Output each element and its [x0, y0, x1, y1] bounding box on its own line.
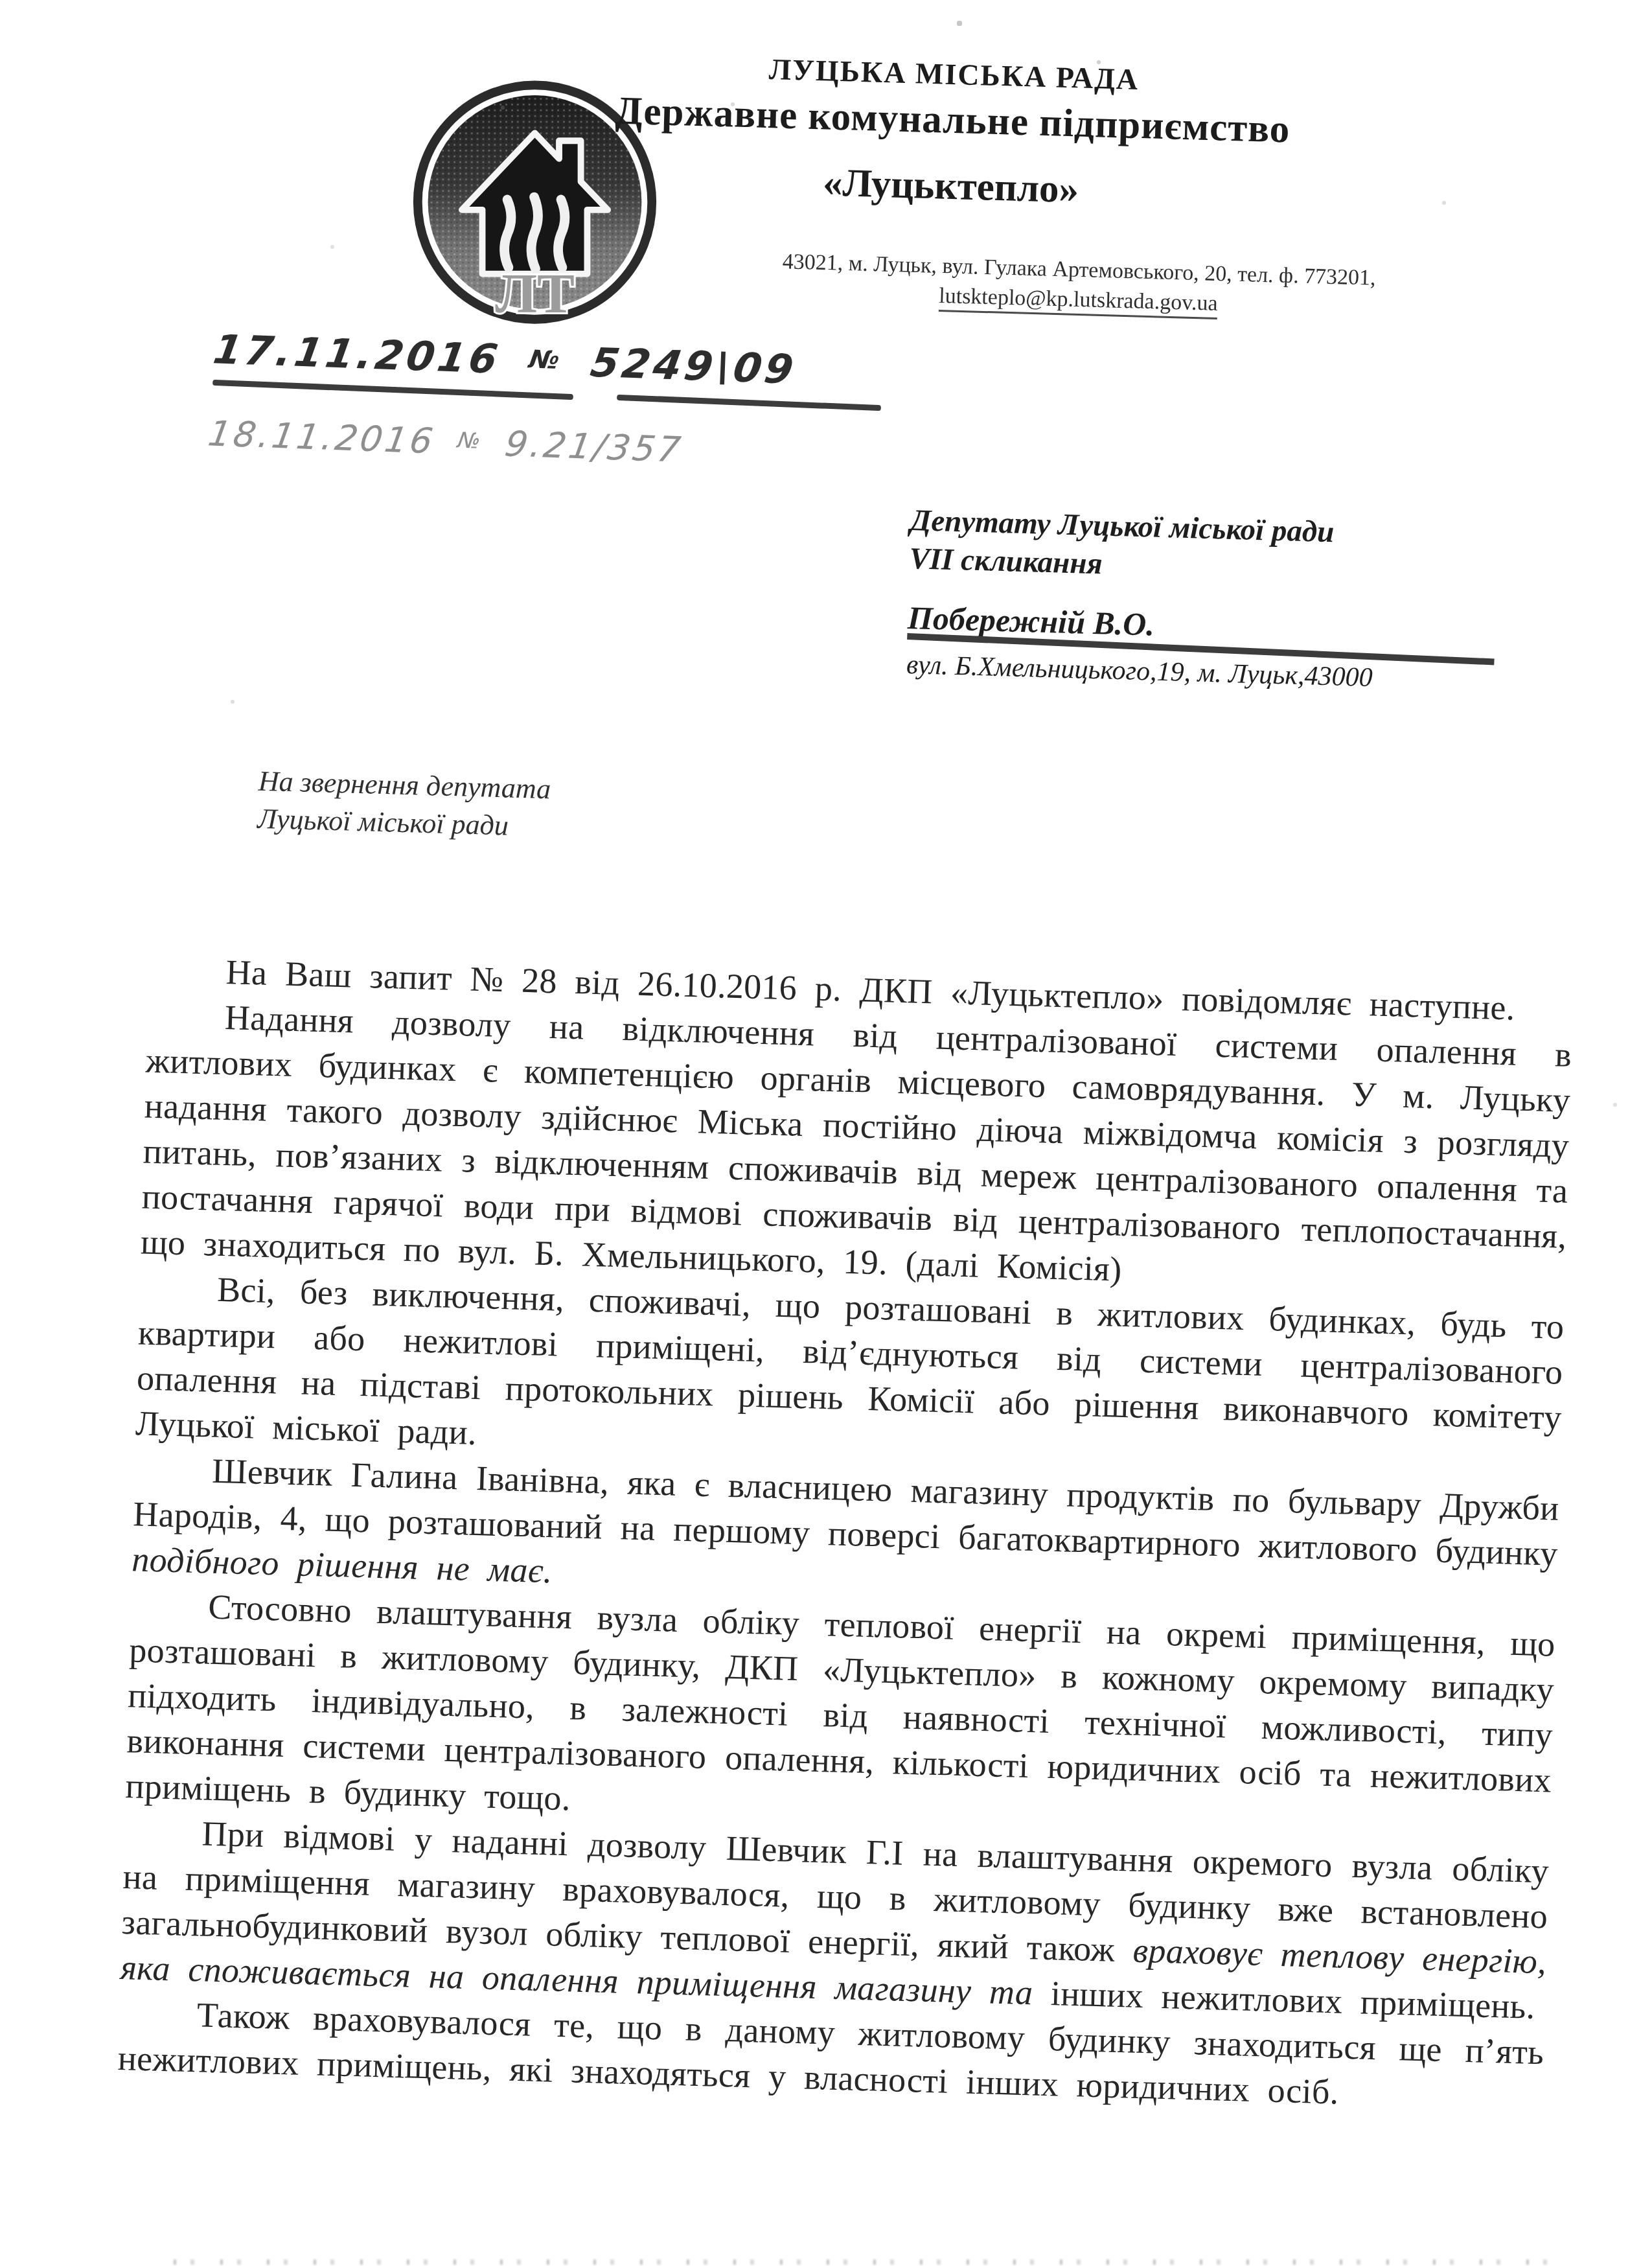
body-text-segment-italic: подібного рішення не має.	[132, 1540, 553, 1590]
outgoing-number-sign: №	[527, 345, 564, 375]
outgoing-number: 5249\09	[588, 339, 800, 393]
cutoff-next-line-fragment	[174, 2260, 1554, 2265]
incoming-number-sign: №	[456, 428, 485, 454]
incoming-date: 18.11.2016	[205, 413, 438, 461]
reference-line2: Луцької міської ради	[257, 800, 550, 846]
scanned-letter-page: ЛТ ЛУЦЬКА МІСЬКА РАДА Державне комунальн…	[0, 0, 1652, 2266]
body-paragraph: Надання дозволу на відключення від центр…	[140, 993, 1572, 1304]
stamp-underline	[617, 395, 881, 411]
logo-lt-text: ЛТ	[495, 262, 575, 325]
incoming-number: 9.21/357	[502, 423, 685, 470]
recipient-name: Побережній В.О.	[907, 599, 1555, 654]
outgoing-date: 17.11.2016	[211, 325, 504, 382]
incoming-ref-handwriting: 18.11.2016 № 9.21/357	[205, 413, 685, 470]
body-paragraph: Стосовно влаштування вузла обліку теплов…	[125, 1582, 1556, 1848]
letterhead-contact: 43021, м. Луцьк, вул. Гулака Артемовсько…	[582, 244, 1575, 330]
scan-noise	[0, 0, 1, 1]
reference-note: На звернення депутата Луцької міської ра…	[257, 763, 551, 846]
letterhead-email: lutskteplo@kp.lutskrada.gov.ua	[939, 284, 1218, 319]
recipient-block: Депутату Луцької міської ради VII склика…	[906, 502, 1558, 699]
letter-body: На Ваш запит № 28 від 26.10.2016 р. ДКП …	[117, 947, 1574, 2121]
